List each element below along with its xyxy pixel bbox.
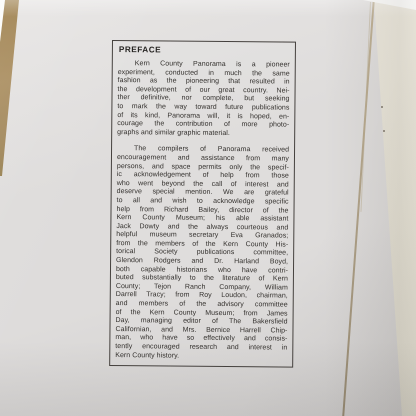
preface-text-box: PREFACE Kern County Panorama is a pionee… <box>109 40 296 368</box>
preface-title: PREFACE <box>119 45 290 55</box>
text-line: graphs and similar graphic material. <box>117 129 289 139</box>
text-line: Kern County history. <box>115 352 287 362</box>
preface-paragraph-1: Kern County Panorama is a pioneerexperim… <box>117 60 290 139</box>
book-photo: PREFACE Kern County Panorama is a pionee… <box>0 0 416 416</box>
preface-paragraph-2: The compilers of Panorama receivedencour… <box>115 145 289 361</box>
